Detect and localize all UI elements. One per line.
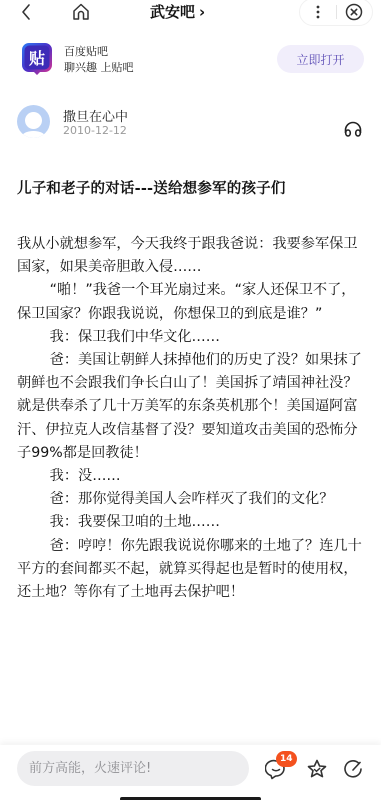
close-button[interactable] — [336, 0, 372, 25]
app-download-banner: 贴 百度贴吧 聊兴趣 上贴吧 立即打开 — [0, 36, 381, 86]
close-circle-icon — [345, 3, 363, 21]
forum-title: 武安吧 — [150, 1, 195, 22]
comment-input[interactable] — [17, 751, 249, 786]
top-nav-bar: 武安吧 › — [0, 0, 381, 26]
paragraph: 我从小就想参军，今天我终于跟我爸说：我要参军保卫国家，如果美帝胆敢入侵…… — [17, 233, 367, 279]
back-button[interactable] — [16, 2, 36, 22]
app-slogan: 聊兴趣 上贴吧 — [64, 59, 134, 75]
paragraph: 我：我要保卫咱的土地…… — [17, 511, 367, 534]
svg-text:贴: 贴 — [29, 49, 45, 68]
share-button[interactable] — [341, 757, 365, 781]
paragraph: 我：保卫我们中华文化…… — [17, 326, 367, 349]
author-name[interactable]: 撒旦在心中 — [63, 106, 128, 125]
listen-button[interactable] — [343, 120, 363, 138]
tieba-logo: 贴 — [21, 42, 53, 76]
comment-count-badge: 14 — [276, 751, 297, 767]
paragraph: 我：没…… — [17, 465, 367, 488]
more-button[interactable] — [300, 0, 336, 25]
share-arrow-icon — [342, 758, 364, 780]
open-app-button[interactable]: 立即打开 — [277, 45, 364, 73]
post-date: 2010-12-12 — [63, 124, 127, 137]
mini-program-capsule — [299, 0, 373, 26]
app-name: 百度贴吧 — [64, 43, 108, 59]
post-content: 我从小就想参军，今天我终于跟我爸说：我要参军保卫国家，如果美帝胆敢入侵…… “啪… — [17, 233, 367, 604]
paragraph: “啪！”我爸一个耳光扇过来。“家人还保卫不了，保卫国家？你跟我说说，你想保卫的到… — [17, 279, 367, 325]
star-icon — [306, 758, 328, 780]
paragraph: 爸：哼哼！你先跟我说说你哪来的土地了？连几十平方的套间都买不起，就算买得起也是暂… — [17, 535, 367, 605]
favorite-button[interactable] — [305, 757, 329, 781]
post-title: 儿子和老子的对话---送给想参军的孩子们 — [17, 177, 286, 198]
headphones-icon — [343, 120, 363, 138]
paragraph: 爸：那你觉得美国人会咋样灭了我们的文化？ — [17, 488, 367, 511]
avatar[interactable] — [17, 105, 50, 138]
post-author-row: 撒旦在心中 2010-12-12 — [0, 100, 381, 150]
more-vertical-icon — [316, 5, 320, 19]
bottom-action-bar: 14 — [0, 745, 381, 800]
chevron-left-icon — [20, 3, 32, 21]
chevron-right-icon: › — [199, 3, 205, 21]
home-button[interactable] — [70, 1, 92, 23]
home-icon — [71, 2, 91, 22]
forum-title-link[interactable]: 武安吧 › — [150, 1, 205, 22]
paragraph: 爸：美国让朝鲜人抹掉他们的历史了没？如果抹了朝鲜也不会跟我们争长白山了！美国拆了… — [17, 349, 367, 465]
